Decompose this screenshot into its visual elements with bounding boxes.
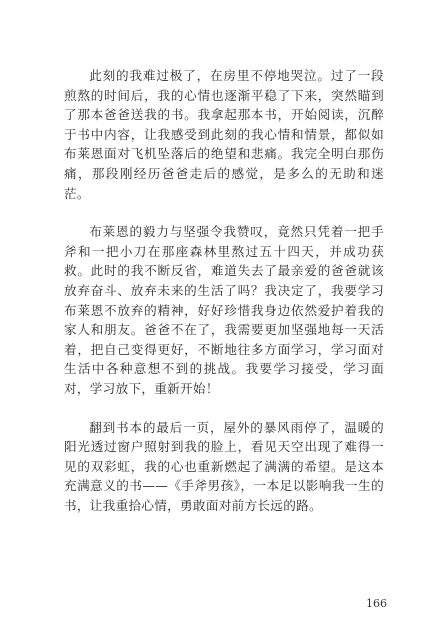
page-body: 此刻的我难过极了，在房里不停地哭泣。过了一段煎熬的时间后，我的心情也逐渐平稳了下… (64, 66, 384, 515)
page-number: 166 (366, 597, 387, 610)
paragraph-2: 布莱恩的毅力与坚强令我赞叹，竟然只凭着一把手斧和一把小刀在那座森林里熬过五十四天… (64, 222, 384, 398)
paragraph-3: 翻到书本的最后一页，屋外的暴风雨停了，温暖的阳光透过窗户照射到我的脸上，看见天空… (64, 418, 384, 516)
paragraph-1: 此刻的我难过极了，在房里不停地哭泣。过了一段煎熬的时间后，我的心情也逐渐平稳了下… (64, 66, 384, 203)
